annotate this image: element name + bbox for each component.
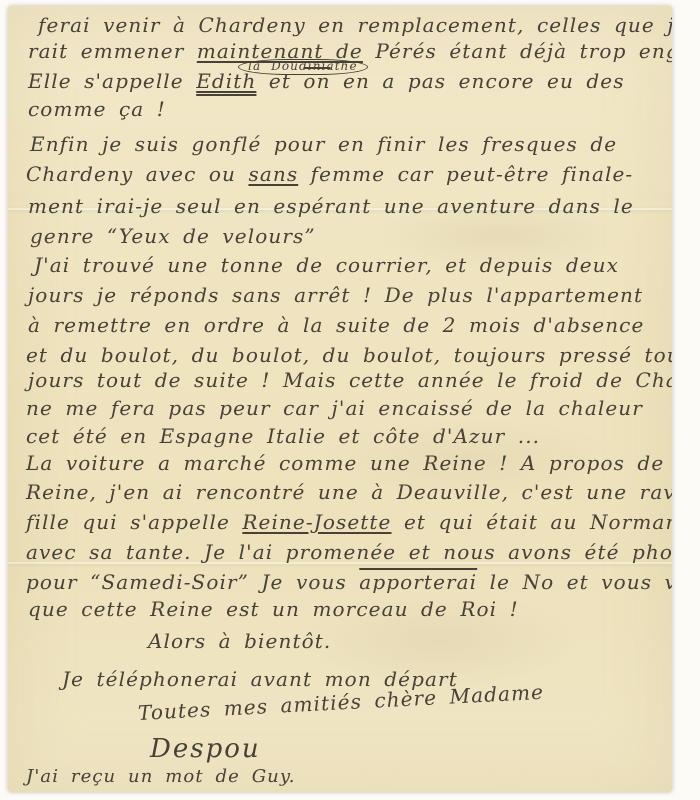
letter-line: La voiture a marché comme une Reine ! A … — [26, 452, 664, 474]
letter-line: Enfin je suis gonflé pour en finir les f… — [30, 133, 617, 155]
text-segment: ferai venir à Chardeny en remplacement, … — [38, 13, 672, 37]
letter-line: Reine, j'en ai rencontré une à Deauville… — [26, 481, 672, 503]
text-segment: genre “Yeux de velours” — [30, 224, 316, 248]
letter-line: avec sa tante. Je l'ai promenée et nous … — [26, 541, 672, 563]
text-segment: La voiture a marché comme une Reine ! A … — [26, 451, 664, 475]
text-segment: fille qui s'appelle — [26, 510, 242, 534]
text-segment: Reine-Josette — [242, 510, 391, 534]
letter-line: jours tout de suite ! Mais cette année l… — [28, 369, 672, 391]
text-segment: Edith — [196, 69, 256, 93]
text-segment: on — [303, 69, 330, 93]
text-segment: comme ça ! — [28, 97, 166, 121]
text-segment: femme car peut-être finale- — [298, 162, 633, 186]
text-segment: et — [256, 69, 303, 93]
text-segment: à remettre en ordre à la suite de 2 mois… — [28, 313, 644, 337]
letter-line: que cette Reine est un morceau de Roi ! — [28, 598, 519, 620]
letter-line: genre “Yeux de velours” — [30, 225, 316, 247]
text-segment: J'ai trouvé une tonne de courrier, et de… — [34, 253, 619, 277]
letter-line: et du boulot, du boulot, du boulot, touj… — [26, 344, 672, 366]
signature: Despou — [150, 735, 261, 764]
letter-line: Elle s'appelle Edith et on en a pas enco… — [28, 70, 625, 92]
text-segment: sans — [248, 162, 298, 186]
text-segment: et du boulot, du boulot, du boulot, touj… — [26, 343, 672, 367]
letter-line: cet été en Espagne Italie et côte d'Azur… — [26, 425, 540, 447]
letter-line: comme ça ! — [28, 98, 166, 120]
letter-line: ferai venir à Chardeny en remplacement, … — [38, 14, 672, 36]
letter-line: pour “Samedi-Soir” Je vous apporterai le… — [26, 571, 672, 593]
text-segment: ne me fera pas peur car j'ai encaissé de… — [26, 396, 643, 420]
text-segment: Despou — [150, 734, 261, 764]
text-segment: Elle s'appelle — [28, 69, 196, 93]
text-segment: jours je réponds sans arrêt ! De plus l'… — [28, 283, 643, 307]
letter-line: jours je réponds sans arrêt ! De plus l'… — [28, 284, 643, 306]
closing-line: Alors à bientôt. — [148, 630, 331, 652]
letter-scan: ferai venir à Chardeny en remplacement, … — [0, 0, 700, 800]
letter-line: ment irai-je seul en espérant une aventu… — [28, 195, 634, 217]
text-segment: Pérés étant déjà trop engagées. — [363, 39, 672, 63]
letter-line: à remettre en ordre à la suite de 2 mois… — [28, 314, 644, 336]
letter-line: fille qui s'appelle Reine-Josette et qui… — [26, 511, 672, 533]
text-segment: jours tout de suite ! Mais cette année l… — [28, 368, 672, 392]
text-segment: que cette Reine est un morceau de Roi ! — [28, 597, 519, 621]
text-segment: Chardeny avec ou — [26, 162, 248, 186]
text-segment: apporterai — [359, 570, 477, 594]
text-segment: Enfin je suis gonflé pour en finir les f… — [30, 132, 617, 156]
text-segment: pour “Samedi-Soir” Je vous — [26, 570, 359, 594]
text-segment: avec sa tante. Je l'ai promenée et nous … — [26, 540, 672, 564]
text-segment: et qui était au Normandy — [391, 510, 672, 534]
text-segment: le No et vous verrez — [477, 570, 672, 594]
text-segment: ment irai-je seul en espérant une aventu… — [28, 194, 634, 218]
text-segment: en a pas encore eu des — [331, 69, 625, 93]
postscript: J'ai reçu un mot de Guy. — [26, 767, 296, 787]
text-segment: Reine, j'en ai rencontré une à Deauville… — [26, 480, 672, 504]
letter-line: J'ai trouvé une tonne de courrier, et de… — [34, 254, 619, 276]
letter-line: Chardeny avec ou sans femme car peut-êtr… — [26, 163, 633, 185]
letter-line: ne me fera pas peur car j'ai encaissé de… — [26, 397, 643, 419]
text-segment: cet été en Espagne Italie et côte d'Azur… — [26, 424, 540, 448]
text-segment: Alors à bientôt. — [148, 629, 331, 653]
text-segment: J'ai reçu un mot de Guy. — [26, 766, 296, 787]
text-segment: rait emmener — [28, 39, 197, 63]
letter-page: ferai venir à Chardeny en remplacement, … — [8, 6, 672, 792]
